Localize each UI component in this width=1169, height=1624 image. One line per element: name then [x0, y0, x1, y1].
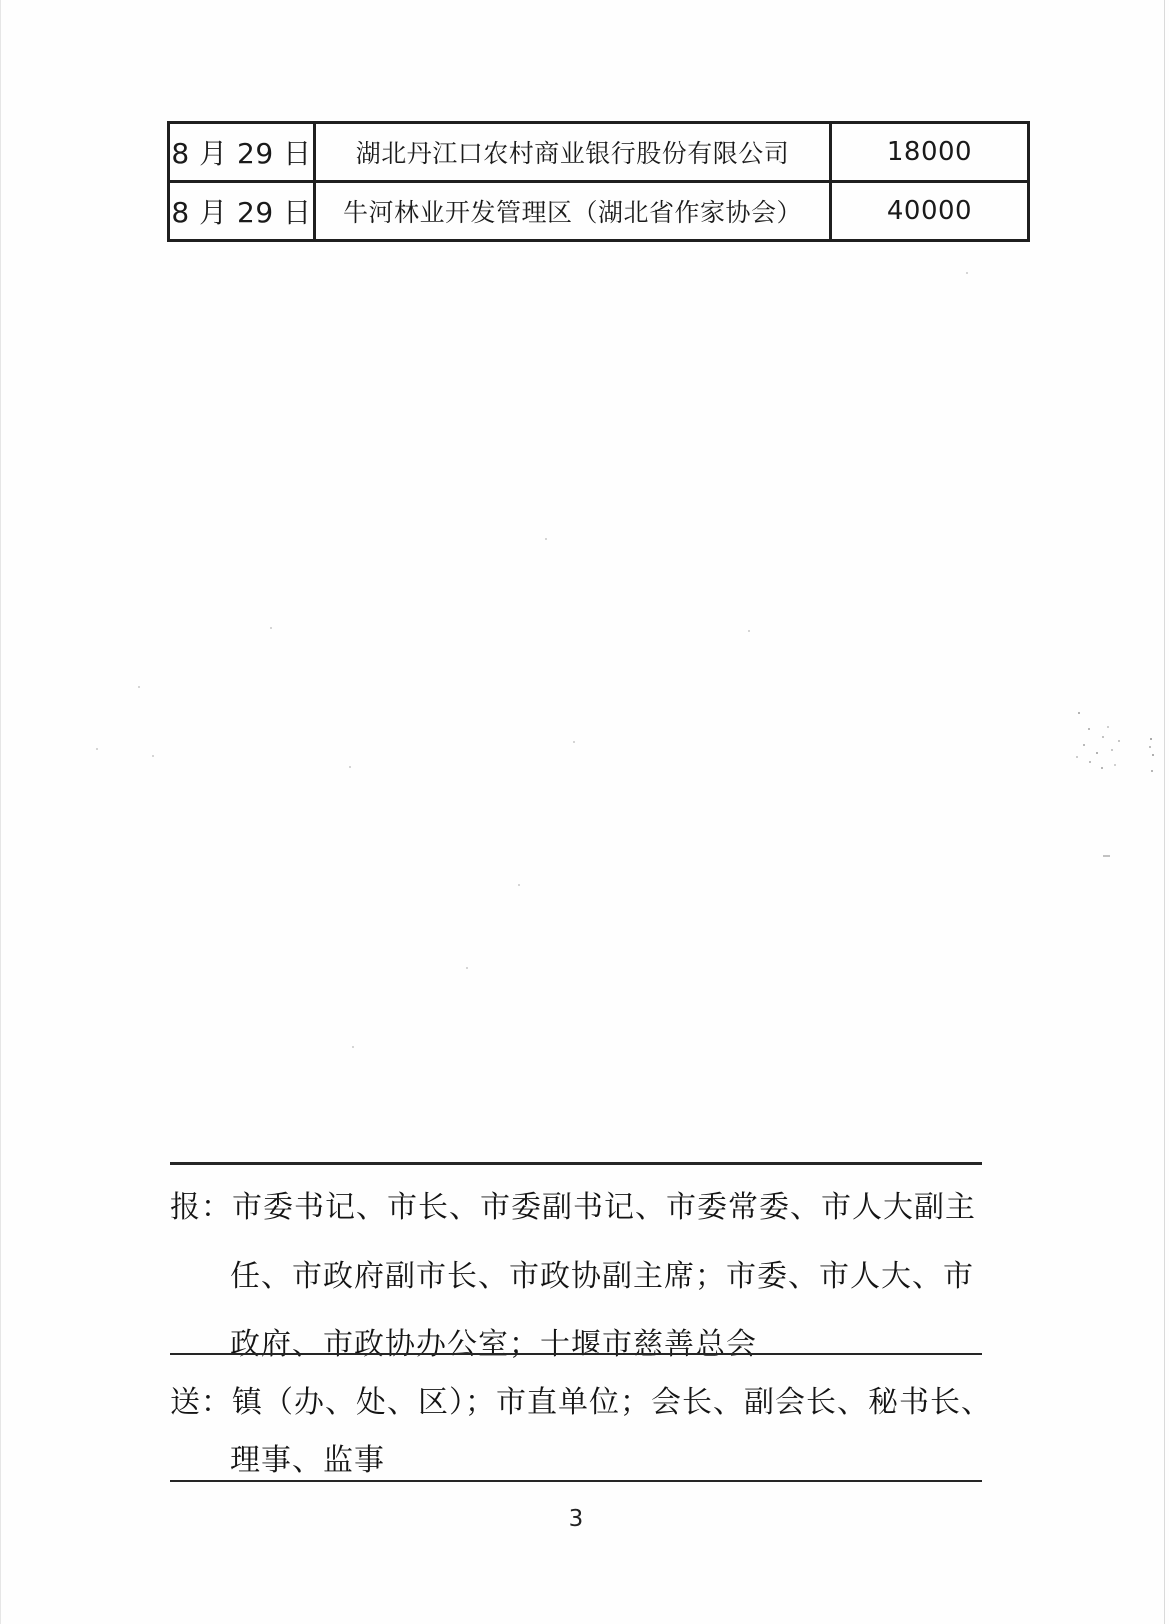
scan-speckle [573, 741, 575, 743]
table-row: 8 月 29 日 牛河林业开发管理区（湖北省作家协会） 40000 [169, 182, 1029, 241]
scan-speckle [96, 748, 98, 750]
page-number: 3 [170, 1506, 982, 1532]
scan-speckle [138, 686, 140, 688]
distribution-divider-top [170, 1162, 982, 1165]
table-row: 8 月 29 日 湖北丹江口农村商业银行股份有限公司 18000 [169, 123, 1029, 182]
send-distribution-line: 送：镇（办、处、区）；市直单位；会长、副会长、秘书长、 [170, 1377, 992, 1421]
scan-speckle [545, 538, 547, 540]
donation-organization: 湖北丹江口农村商业银行股份有限公司 [315, 123, 831, 182]
scan-speckle [349, 766, 351, 768]
donation-amount: 18000 [831, 123, 1029, 182]
scan-speckle [152, 755, 154, 757]
donation-organization: 牛河林业开发管理区（湖北省作家协会） [315, 182, 831, 241]
scan-speckle-cluster [1078, 712, 1080, 714]
scan-speckle [518, 884, 520, 886]
report-distribution-line: 报：市委书记、市长、市委副书记、市委常委、市人大副主 [170, 1182, 976, 1226]
scan-edge-line [0, 0, 1, 1624]
distribution-divider-bottom [170, 1480, 982, 1482]
scan-speckle [1103, 855, 1110, 857]
document-page: 8 月 29 日 湖北丹江口农村商业银行股份有限公司 18000 8 月 29 … [0, 0, 1169, 1624]
donation-date: 8 月 29 日 [169, 123, 315, 182]
scan-speckle [270, 627, 272, 629]
report-distribution-line: 任、市政府副市长、市政协副主席；市委、市人大、市 [230, 1251, 974, 1295]
distribution-divider-middle [170, 1353, 982, 1355]
scan-speckle [466, 967, 468, 969]
scan-speckle [748, 630, 750, 632]
scan-speckle [352, 1046, 354, 1048]
send-distribution-line: 理事、监事 [230, 1435, 385, 1479]
donation-amount: 40000 [831, 182, 1029, 241]
report-distribution-line: 政府、市政协办公室；十堰市慈善总会 [230, 1319, 757, 1363]
scan-edge-line [1164, 0, 1165, 1624]
scan-speckle [966, 272, 968, 274]
donation-date: 8 月 29 日 [169, 182, 315, 241]
donation-table: 8 月 29 日 湖北丹江口农村商业银行股份有限公司 18000 8 月 29 … [167, 121, 1030, 242]
